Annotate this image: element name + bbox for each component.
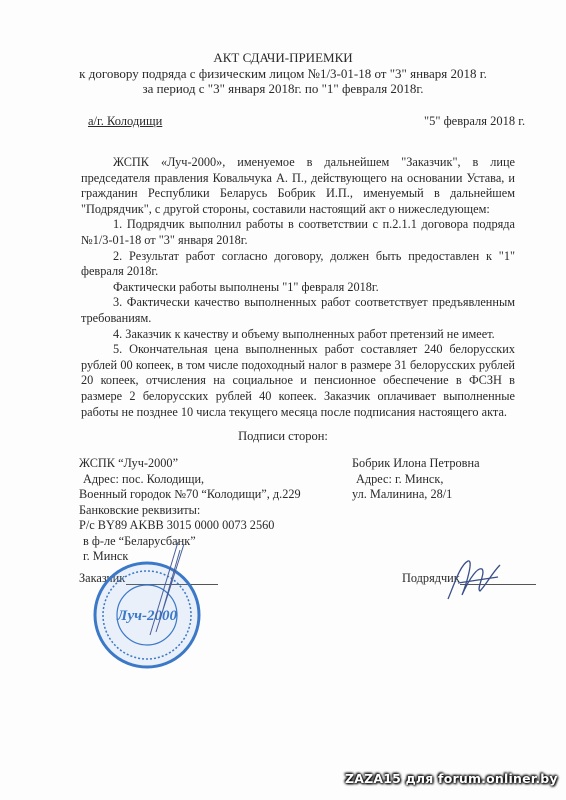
contractor-address-2: ул. Малинина, 28/1 [352, 487, 480, 503]
paragraph-item-4: 4. Заказчик к качеству и объему выполнен… [81, 327, 515, 343]
document-body: ЖСПК «Луч-2000», именуемое в дальнейшем … [81, 155, 515, 420]
customer-name: ЖСПК “Луч-2000” [79, 456, 301, 472]
paragraph-actual-completion: Фактически работы выполнены "1" февраля … [81, 280, 515, 296]
contractor-name: Бобрик Илона Петровна [352, 456, 480, 472]
document-place: а/г. Колодищи [88, 114, 162, 129]
paragraph-item-1: 1. Подрядчик выполнил работы в соответст… [81, 217, 515, 248]
customer-signature-icon [140, 540, 190, 640]
paragraph-item-3: 3. Фактически качество выполненных работ… [81, 295, 515, 326]
document-date: "5" февраля 2018 г. [424, 114, 525, 129]
paragraph-preamble: ЖСПК «Луч-2000», именуемое в дальнейшем … [81, 155, 515, 217]
signatures-title: Подписи сторон: [0, 429, 566, 444]
document-subtitle-contract: к договору подряда с физическим лицом №1… [0, 66, 566, 81]
paragraph-item-5: 5. Окончательная цена выполненных работ … [81, 342, 515, 420]
customer-address-2: Военный городок №70 “Колодищи”, д.229 [79, 487, 301, 503]
document-title: АКТ СДАЧИ-ПРИЕМКИ [0, 50, 566, 65]
customer-address-1: Адрес: пос. Колодищи, [79, 472, 301, 488]
watermark: ZAZA15 для forum.onliner.by [345, 771, 558, 786]
customer-account: Р/с BY89 AKBB 3015 0000 0073 2560 [79, 518, 301, 534]
document-subtitle-period: за период с "3" января 2018г. по "1" фев… [0, 81, 566, 96]
contractor-details: Бобрик Илона Петровна Адрес: г. Минск, у… [352, 456, 480, 503]
paragraph-item-2: 2. Результат работ согласно договору, до… [81, 249, 515, 280]
document-page: АКТ СДАЧИ-ПРИЕМКИ к договору подряда с ф… [0, 0, 566, 800]
customer-bank-label: Банковские реквизиты: [79, 503, 301, 519]
contractor-signature-icon [440, 555, 510, 605]
contractor-address-1: Адрес: г. Минск, [352, 472, 480, 488]
